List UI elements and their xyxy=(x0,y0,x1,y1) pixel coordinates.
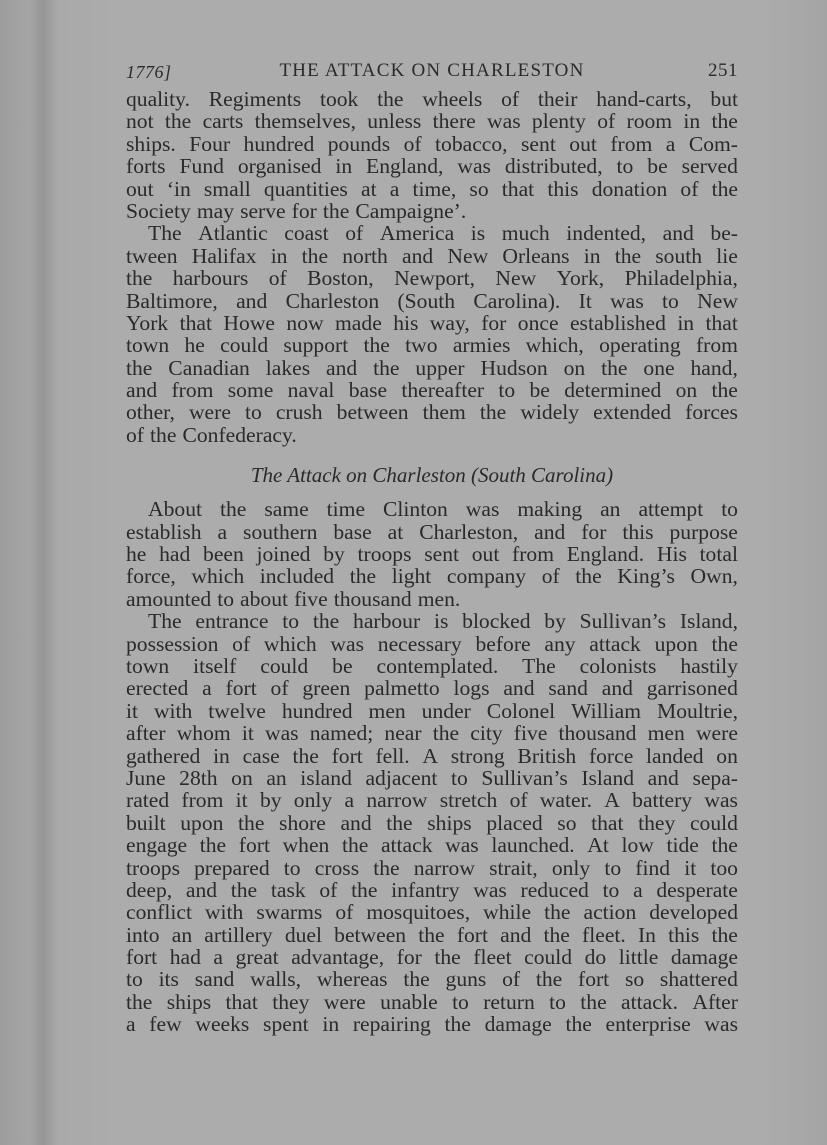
text-line: afewweeksspentinrepairingthedamagetheent… xyxy=(126,1013,738,1035)
text-line: quality.Regimentstookthewheelsoftheirhan… xyxy=(126,88,738,110)
text-line: AboutthesametimeClintonwasmakinganattemp… xyxy=(126,498,738,520)
text-line: deep,andthetaskoftheinfantrywasreducedto… xyxy=(126,879,738,901)
book-page: 1776] THE ATTACK ON CHARLESTON 251 quali… xyxy=(0,0,827,1145)
page-number: 251 xyxy=(708,60,738,82)
text-line: possessionofwhichwasnecessarybeforeanyat… xyxy=(126,633,738,655)
paragraph: quality.Regimentstookthewheelsoftheirhan… xyxy=(126,88,738,222)
text-line: theCanadianlakesandtheupperHudsonontheon… xyxy=(126,357,738,379)
text-line: toitssandwalls,whereasthegunsofthefortso… xyxy=(126,968,738,990)
page-gutter-shadow xyxy=(30,0,58,1145)
text-line: tweenHalifaxinthenorthandNewOrleansinthe… xyxy=(126,245,738,267)
text-line: itwithtwelvehundredmenunderColonelWillia… xyxy=(126,700,738,722)
text-line: troopspreparedtocrossthenarrowstrait,onl… xyxy=(126,857,738,879)
text-line: erectedafortofgreenpalmettologsandsandan… xyxy=(126,677,738,699)
text-line: andfromsomenavalbasethereaftertobedeterm… xyxy=(126,379,738,401)
text-line: townhecouldsupportthetwoarmieswhich,oper… xyxy=(126,334,738,356)
text-line: townitselfcouldbecontemplated.Thecolonis… xyxy=(126,655,738,677)
paragraph: TheAtlanticcoastofAmericaismuchindented,… xyxy=(126,222,738,446)
text-line: builtupontheshoreandtheshipsplacedsothat… xyxy=(126,812,738,834)
text-line: June28thonanislandadjacenttoSullivan’sIs… xyxy=(126,767,738,789)
paragraphs-before-subheading: quality.Regimentstookthewheelsoftheirhan… xyxy=(126,88,738,446)
text-line: Baltimore,andCharleston(SouthCarolina).I… xyxy=(126,290,738,312)
text-line: TheAtlanticcoastofAmericaismuchindented,… xyxy=(126,222,738,244)
text-line: YorkthatHowenowmadehisway,foronceestabli… xyxy=(126,312,738,334)
paragraph: TheentrancetotheharbourisblockedbySulliv… xyxy=(126,610,738,1035)
text-line: SocietymayservefortheCampaigne’. xyxy=(126,200,738,222)
paragraph: AboutthesametimeClintonwasmakinganattemp… xyxy=(126,498,738,610)
text-line: gatheredincasethefortfell.AstrongBritish… xyxy=(126,745,738,767)
header-title: THE ATTACK ON CHARLESTON xyxy=(126,60,738,82)
text-line: TheentrancetotheharbourisblockedbySulliv… xyxy=(126,610,738,632)
text-line: theshipsthattheywereunabletoreturntothea… xyxy=(126,991,738,1013)
text-line: force,whichincludedthelightcompanyoftheK… xyxy=(126,565,738,587)
text-line: intoanartilleryduelbetweenthefortandthef… xyxy=(126,924,738,946)
paragraphs-after-subheading: AboutthesametimeClintonwasmakinganattemp… xyxy=(126,498,738,1035)
text-line: ratedfromitbyonlyanarrowstretchofwater.A… xyxy=(126,789,738,811)
text-line: afterwhomitwasnamed;nearthecityfivethous… xyxy=(126,722,738,744)
text-line: amountedtoaboutfivethousandmen. xyxy=(126,588,738,610)
text-line: engagethefortwhentheattackwaslaunched.At… xyxy=(126,834,738,856)
text-line: establishasouthernbaseatCharleston,andfo… xyxy=(126,521,738,543)
text-line: out‘insmallquantitiesatatime,sothatthisd… xyxy=(126,178,738,200)
section-subheading: The Attack on Charleston (South Carolina… xyxy=(126,452,738,498)
text-line: theharboursofBoston,Newport,NewYork,Phil… xyxy=(126,267,738,289)
text-line: notthecartsthemselves,unlesstherewasplen… xyxy=(126,110,738,132)
text-line: other,weretocrushbetweenthemthewidelyext… xyxy=(126,401,738,423)
running-header: 1776] THE ATTACK ON CHARLESTON 251 xyxy=(126,58,738,86)
text-line: hehadbeenjoinedbytroopssentoutfromEnglan… xyxy=(126,543,738,565)
text-line: conflictwithswarmsofmosquitoes,whilethea… xyxy=(126,901,738,923)
text-line: fortsFundorganisedinEngland,wasdistribut… xyxy=(126,155,738,177)
text-line: forthadagreatadvantage,forthefleetcouldd… xyxy=(126,946,738,968)
text-line: ships.Fourhundredpoundsoftobacco,sentout… xyxy=(126,133,738,155)
page-body: quality.Regimentstookthewheelsoftheirhan… xyxy=(126,88,738,1036)
text-line: oftheConfederacy. xyxy=(126,424,738,446)
